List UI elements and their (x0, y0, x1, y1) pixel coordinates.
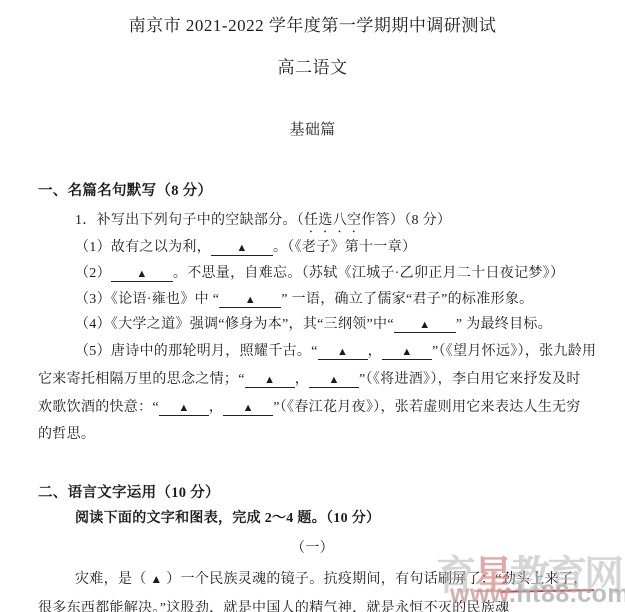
blank-underline: ▲ (309, 373, 359, 388)
item5-l1-post: ”（《望月怀远》），张九龄用 (432, 344, 596, 359)
blank-underline: ▲ (211, 241, 273, 256)
q1-item-5-line-2: 它来寄托相隔万里的思念之情；“▲，▲”（《将进酒》），李白用它来抒发及时 (38, 370, 581, 390)
triangle-mark: ▲ (401, 346, 412, 358)
section-one-heading: 一、名篇名句默写（8 分） (38, 181, 212, 201)
item5-l3-post: ”（《春江花月夜》），张若虚则用它来表达人生无穷 (273, 400, 580, 415)
item5-l2-mid: ， (295, 372, 309, 387)
item4-post: ” 为最终目标。 (456, 317, 552, 332)
triangle-mark: ▲ (150, 572, 162, 586)
part-header: 基础篇 (0, 120, 625, 140)
blank-underline: ▲ (245, 373, 295, 388)
item1-post: 。（《老子》第十一章） (273, 240, 416, 255)
blank-underline: ▲ (382, 345, 432, 360)
q1-item-3: （3）《论语·雍也》中 “▲” 一语，确立了儒家“君子”的标准形象。 (75, 290, 533, 310)
item5-l3-pre: 欢歌饮酒的快意：“ (38, 400, 159, 415)
triangle-mark: ▲ (136, 268, 147, 280)
blank-underline: ▲ (318, 345, 368, 360)
q1-item-1: （1）故有之以为利，▲。（《老子》第十一章） (75, 238, 416, 258)
item2-post: 。不思量，自难忘。（苏轼《江城子·乙卯正月二十日夜记梦》） (173, 266, 564, 281)
item5-l3-mid: ， (209, 400, 223, 415)
item5-l2-post: ”（《将进酒》），李白用它来抒发及时 (359, 372, 581, 387)
passage-l1-quote: 劲头上来了， (502, 572, 588, 587)
item5-l1-pre: （5）唐诗中的那轮明月，照耀千古。“ (75, 344, 318, 359)
passage-line-2-clipped: 很多东西都能解决。”这股劲，就是中国人的精气神，就是永恒不灭的民族魂 (38, 599, 509, 612)
triangle-mark: ▲ (264, 374, 275, 386)
blank-underline: ▲ (219, 293, 281, 308)
question-1-intro: 1．补写出下列句子中的空缺部分。（任选八空作答）（8 分） (75, 211, 451, 236)
triangle-mark: ▲ (337, 346, 348, 358)
passage-l1-post: ）一个民族灵魂的镜子。抗疫期间，有句话刷屏了：“ (163, 572, 502, 587)
blank-underline: ▲ (111, 267, 173, 282)
exam-subtitle: 高二语文 (0, 58, 625, 78)
triangle-mark: ▲ (236, 242, 247, 254)
triangle-mark: ▲ (243, 402, 254, 414)
q1-item-5-line-4: 的哲思。 (38, 425, 95, 445)
item3-pre: （3）《论语·雍也》中 “ (75, 292, 219, 307)
red-underline-mark (500, 589, 594, 593)
item2-pre: （2） (75, 266, 111, 281)
blank-underline: ▲ (223, 401, 273, 416)
item4-pre: （4）《大学之道》强调“修身为本”，其“三纲领”中“ (75, 317, 394, 332)
exam-paper-page: 南京市 2021-2022 学年度第一学期期中调研测试 高二语文 基础篇 一、名… (0, 0, 625, 612)
exam-title: 南京市 2021-2022 学年度第一学期期中调研测试 (0, 16, 625, 36)
item3-post: ” 一语，确立了儒家“君子”的标准形象。 (281, 292, 533, 307)
item1-pre: （1）故有之以为利， (75, 240, 211, 255)
q1-item-5-line-1: （5）唐诗中的那轮明月，照耀千古。“▲，▲”（《望月怀远》），张九龄用 (75, 342, 596, 362)
q1-item-5-line-3: 欢歌饮酒的快意：“▲，▲”（《春江花月夜》），张若虚则用它来表达人生无穷 (38, 398, 581, 418)
triangle-mark: ▲ (419, 319, 430, 331)
section-two-instruction: 阅读下面的文字和图表，完成 2～4 题。（10 分） (75, 509, 380, 529)
q1-intro-emphasis: 任选八空 (304, 213, 361, 228)
triangle-mark: ▲ (178, 402, 189, 414)
triangle-mark: ▲ (245, 294, 256, 306)
triangle-mark: ▲ (328, 374, 339, 386)
passage-l1-pre: 灾难，是（ (75, 572, 150, 587)
blank-underline: ▲ (159, 401, 209, 416)
q1-intro-post: 作答）（8 分） (361, 213, 451, 228)
section-two-heading: 二、语言文字运用（10 分） (38, 483, 220, 503)
q1-intro-pre: 1．补写出下列句子中的空缺部分。（ (75, 213, 304, 228)
passage-line-1: 灾难，是（ ▲ ）一个民族灵魂的镜子。抗疫期间，有句话刷屏了：“劲头上来了， (75, 569, 588, 590)
q1-item-4: （4）《大学之道》强调“修身为本”，其“三纲领”中“▲” 为最终目标。 (75, 315, 552, 335)
item5-l2-pre: 它来寄托相隔万里的思念之情；“ (38, 372, 245, 387)
blank-underline: ▲ (394, 318, 456, 333)
item5-l1-mid: ， (368, 344, 382, 359)
q1-item-2: （2）▲。不思量，自难忘。（苏轼《江城子·乙卯正月二十日夜记梦》） (75, 264, 564, 284)
part-one-label: （一） (0, 539, 625, 559)
